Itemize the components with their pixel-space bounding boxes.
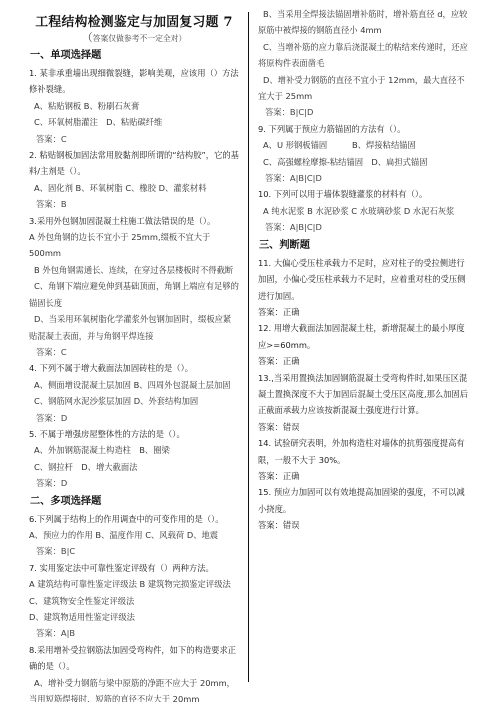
question-5-options-cd: C、钢拉杆 D、增大截面法 bbox=[29, 459, 239, 475]
question-8-answer: 答案：B|C|D bbox=[258, 104, 472, 120]
question-9: 9. 下列属于预应力筋锚固的方法有（）。 bbox=[258, 121, 472, 137]
question-1: 1. 某非承重墙出现细微裂缝，影响美观，应该用（）方法修补裂缝。 bbox=[29, 65, 239, 98]
question-13-answer: 答案：错误 bbox=[258, 419, 472, 435]
right-column: B、当采用全焊接法锚固增补筋时，增补筋直径 d，应较原筋中被焊接的钢筋直径小 4… bbox=[258, 0, 472, 534]
section-heading-multiple-choice: 二、多项选择题 bbox=[30, 492, 239, 511]
question-10-options: A 纯水泥浆 B 水泥砂浆 C 水玻璃砂浆 D 水泥石灰浆 bbox=[258, 203, 472, 219]
document-subtitle: （答案仅做参考不一定全对） bbox=[29, 31, 239, 46]
question-10-answer: 答案：A|B|C|D bbox=[258, 219, 472, 235]
question-5-answer: 答案：D bbox=[29, 475, 239, 491]
question-2-answer: 答案：B bbox=[29, 196, 239, 212]
question-8: 8.采用增补受拉钢筋法加固受弯构件，如下的构造要求正确的是（）。 bbox=[29, 642, 239, 675]
column-divider bbox=[248, 12, 249, 682]
question-3-answer: 答案：C bbox=[29, 344, 239, 360]
question-12: 12. 用增大截面法加固混凝土柱，新增混凝土的最小厚度应>=60mm。 bbox=[258, 320, 472, 353]
question-7-answer: 答案：A|B bbox=[29, 625, 239, 641]
question-7: 7. 实用鉴定法中可靠性鉴定评级有（）两种方法。 bbox=[29, 560, 239, 576]
question-9-options-cd: C、高强螺栓摩擦-粘结锚固 D、扁担式锚固 bbox=[258, 154, 472, 170]
question-3-option-d: D、当采用环氧树脂化学灌浆外包钢加固时，缀板应紧贴混凝土表面，并与角钢平焊连接 bbox=[29, 311, 239, 344]
question-12-answer: 答案：正确 bbox=[258, 353, 472, 369]
question-3-option-c: C、角钢下端应避免伸到基础顶面，角钢上端应有足够的锚固长度 bbox=[29, 278, 239, 311]
question-4-options-cd: C、钢筋网水泥沙浆层加固 D、外套结构加固 bbox=[29, 393, 239, 409]
question-1-answer: 答案：C bbox=[29, 131, 239, 147]
section-heading-single-choice: 一、单项选择题 bbox=[30, 46, 239, 65]
question-8-option-c: C、当增补筋的应力靠后浇混凝土的粘结来传递时，还应将原构件表面凿毛 bbox=[258, 39, 472, 72]
question-9-answer: 答案：A|B|C|D bbox=[258, 170, 472, 186]
question-11: 11. 大偏心受压柱承载力不足时，应对柱子的受拉侧进行加固，小偏心受压柱承载力不… bbox=[258, 255, 472, 304]
question-7-options-ab: A 建筑结构可靠性鉴定评级法 B 建筑物完损鉴定评级法 bbox=[29, 576, 239, 592]
question-11-answer: 答案：正确 bbox=[258, 304, 472, 320]
question-2: 2. 粘贴钢板加固法常用胶黏剂即所谓的“结构胶”，它的基料/主剂是（）。 bbox=[29, 147, 239, 180]
question-7-option-c: C、建筑物安全性鉴定评级法 bbox=[29, 593, 239, 609]
question-4-answer: 答案：D bbox=[29, 410, 239, 426]
question-6-options: A、预应力的作用 B、温度作用 C、风载荷 D、地震 bbox=[29, 527, 239, 543]
question-15: 15. 预应力加固可以有效地提高加固梁的强度，不可以减小挠度。 bbox=[258, 484, 472, 517]
question-10: 10. 下列可以用于墙体裂缝灌浆的材料有（）。 bbox=[258, 186, 472, 202]
question-7-option-d: D、建筑物适用性鉴定评级法 bbox=[29, 609, 239, 625]
question-8-option-a: A、增补受力钢筋与梁中原筋的净距不应大于 20mm，当用短筋焊接时，短筋的直径不… bbox=[29, 675, 239, 702]
question-8-option-b: B、当采用全焊接法锚固增补筋时，增补筋直径 d，应较原筋中被焊接的钢筋直径小 4… bbox=[258, 6, 472, 39]
question-3: 3.采用外包钢加固混凝土柱施工做法错误的是（）。 bbox=[29, 213, 239, 229]
question-4: 4. 下列不属于增大截面法加固砖柱的是（）。 bbox=[29, 360, 239, 376]
section-heading-true-false: 三、判断题 bbox=[259, 236, 472, 255]
question-6-answer: 答案：B|C bbox=[29, 543, 239, 559]
question-4-options-ab: A、侧面增设混凝土层加固 B、四周外包混凝土层加固 bbox=[29, 377, 239, 393]
question-3-option-b: B 外包角钢需通长、连续，在穿过各层楼板时不得截断 bbox=[29, 262, 239, 278]
question-5-options-ab: A、外加钢筋混凝土构造柱 B、圈梁 bbox=[29, 442, 239, 458]
question-5: 5. 不属于增强房屋整体性的方法的是（）。 bbox=[29, 426, 239, 442]
question-8-option-d: D、增补受力钢筋的直径不宜小于 12mm，最大直径不宜大于 25mm bbox=[258, 72, 472, 105]
document-title: 工程结构检测鉴定与加固复习题 7 bbox=[29, 14, 239, 31]
question-14-answer: 答案：正确 bbox=[258, 468, 472, 484]
question-2-options: A、固化剂 B、环氧树脂 C、橡胶 D、灌浆材料 bbox=[29, 180, 239, 196]
question-6: 6.下列属于结构上的作用调查中的可变作用的是（）。 bbox=[29, 511, 239, 527]
left-column: 工程结构检测鉴定与加固复习题 7 （答案仅做参考不一定全对） 一、单项选择题 1… bbox=[29, 0, 239, 702]
question-1-options-ab: A、粘贴钢板 B、粉刷石灰膏 bbox=[29, 98, 239, 114]
question-1-options-cd: C、环氧树脂灌注 D、粘贴碳纤维 bbox=[29, 114, 239, 130]
question-9-options-ab: A、U 形钢板锚固 B、焊接粘结锚固 bbox=[258, 137, 472, 153]
question-15-answer: 答案：错误 bbox=[258, 517, 472, 533]
question-14: 14. 试验研究表明，外加构造柱对墙体的抗剪强度提高有限，一般不大于 30%。 bbox=[258, 435, 472, 468]
question-13: 13.,当采用置换法加固钢筋混凝土受弯构件时,如果压区混凝土置换深度不大于加固后… bbox=[258, 370, 472, 419]
question-3-option-a: A 外包角钢的边长不宜小于 25mm,缀板不宜大于500mm bbox=[29, 229, 239, 262]
